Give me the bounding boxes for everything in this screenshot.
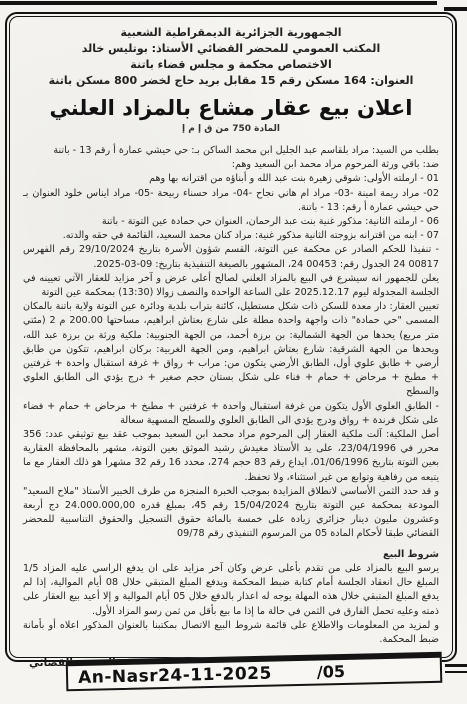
top-column-rule: [0, 1, 437, 5]
paragraph-judgment: - تنفيذا للحكم الصادر عن محكمة عين التوت…: [23, 243, 439, 271]
newspaper-clipping: الجمهورية الجزائرية الديمقراطية الشعبية …: [0, 0, 467, 704]
notice-legal-article: المادة 750 من ق إ م إ: [23, 123, 439, 136]
paragraph-property-description: تعيين العقار: دار معدة للسكن ذات شكل مست…: [23, 300, 439, 399]
header-jurisdiction: الاختصاص محكمة و مجلس قضاء باتنة: [23, 57, 439, 73]
header-office: المكتب العمومي للمحضر القضائي الأستاذ: ب…: [23, 41, 439, 57]
page-number: /05: [317, 662, 346, 682]
top-column-rule-right: [444, 7, 467, 11]
paragraph-against: ضد: باقي ورثة المرحوم مراد محمد ابن السع…: [23, 158, 439, 172]
paragraph-heir-01: 01 - ارملته الأولى: شوقي زهيرة بنت عبد ا…: [23, 172, 439, 186]
notice-border-frame: الجمهورية الجزائرية الديمقراطية الشعبية …: [5, 12, 457, 662]
notice-content: الجمهورية الجزائرية الديمقراطية الشعبية …: [9, 16, 453, 658]
header-address: العنوان: 164 مسكن رقم 15 مقابل بريد حاج …: [23, 73, 439, 89]
paragraph-upper-floor: - الطابق العلوي الأول يتكون من غرفة استق…: [23, 400, 439, 428]
right-column-rule: [445, 671, 467, 673]
paragraph-heirs-02-05: 02- مراد ريمة امينة -03- مراد ام هاني نج…: [23, 187, 439, 215]
header-republic: الجمهورية الجزائرية الديمقراطية الشعبية: [23, 25, 439, 41]
paragraph-requester: بطلب من السيد: مراد بلقاسم عبد الجليل اب…: [23, 144, 439, 158]
notice-title: اعلان بيع عقار مشاع بالمزاد العلني: [23, 95, 439, 121]
paragraph-auction-session: يعلن للجمهور انه سيشرع في البيع بالمزاد …: [23, 272, 439, 300]
notice-body: بطلب من السيد: مراد بلقاسم عبد الجليل اب…: [23, 144, 439, 647]
paragraph-heir-07: 07 - ابنه من اقترانه بزوجته الثانية مذكو…: [23, 229, 439, 243]
paragraph-base-price: و قد حدد الثمن الأساسي لانطلاق المزايدة …: [23, 485, 439, 542]
paragraph-ownership-origin: أصل الملكية: آلت ملكية العقار إلى المرحو…: [23, 428, 439, 485]
right-column-rule: [445, 664, 467, 667]
paragraph-more-info: و لمزيد من المعلومات والاطلاع على قائمة …: [23, 619, 439, 647]
paragraph-heir-06: 06 - ارملته الثانية: مذكور غنية بنت عبد …: [23, 215, 439, 229]
paragraph-payment-terms: يرسو البيع بالمزاد على من تقدم بأعلى عرض…: [23, 562, 439, 619]
conditions-heading: شروط البيع: [23, 548, 439, 562]
publication-name-date: An-Nasr24-11-2025: [68, 663, 272, 688]
